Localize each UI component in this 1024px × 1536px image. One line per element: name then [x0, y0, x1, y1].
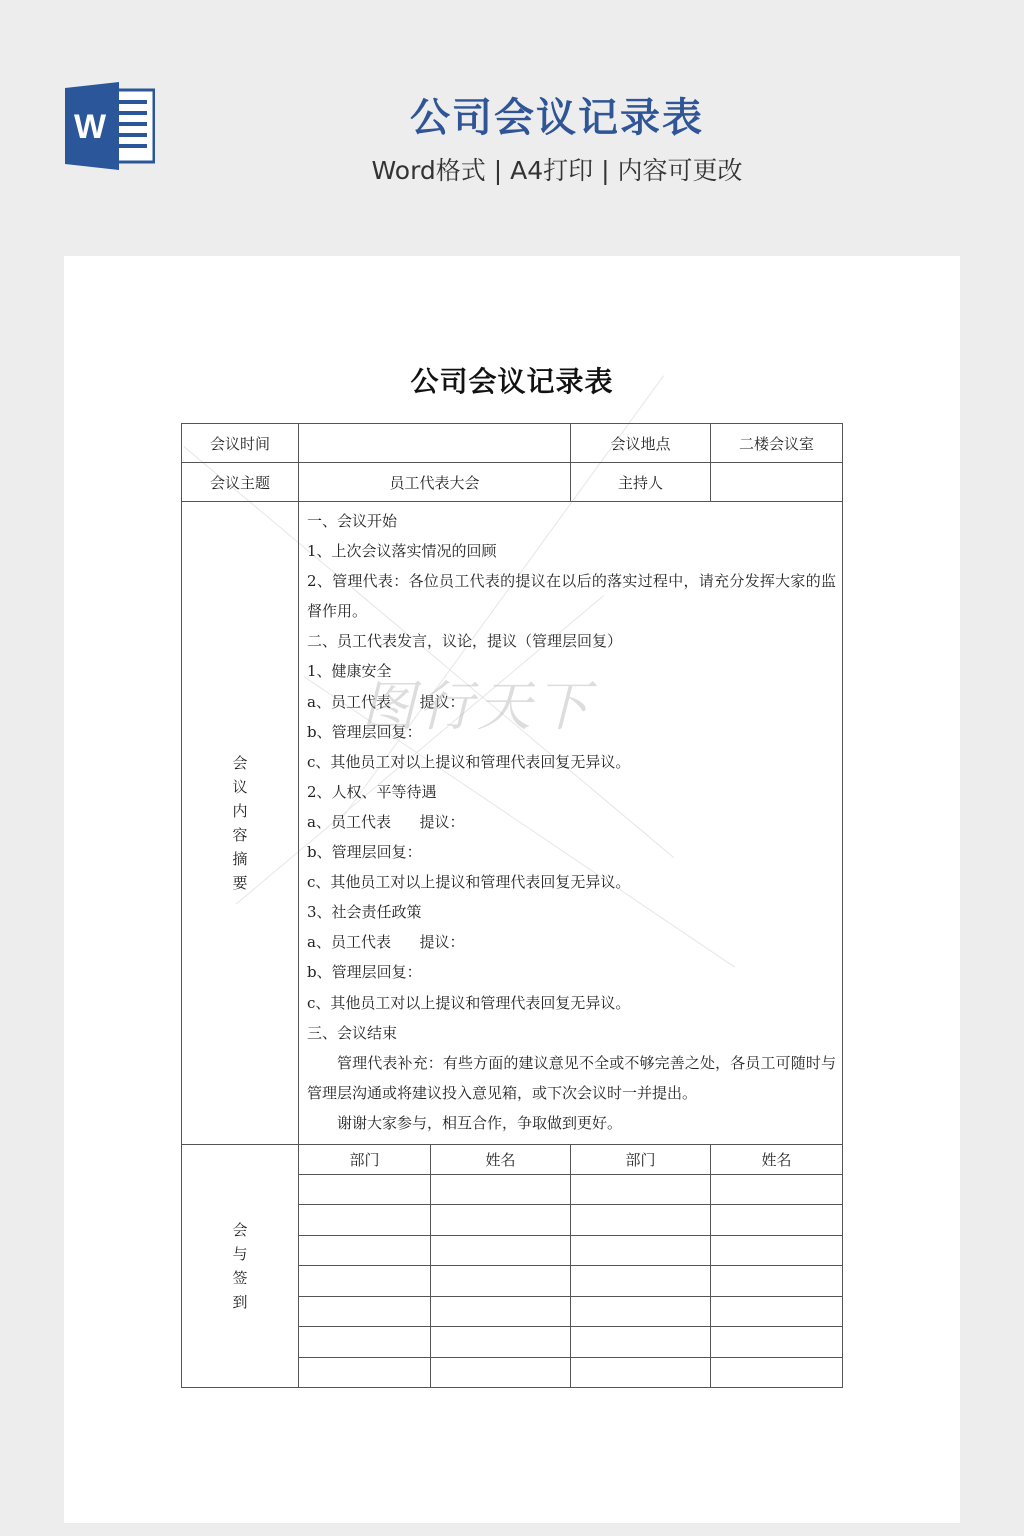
- meeting-location-label: 会议地点: [571, 424, 711, 463]
- signin-name-cell[interactable]: [711, 1174, 843, 1205]
- summary-line: 1、上次会议落实情况的回顾: [307, 536, 836, 566]
- signin-header-row: 会 与 签 到 部门 姓名 部门 姓名: [182, 1144, 843, 1174]
- banner-subtitle: Word格式 | A4打印 | 内容可更改: [300, 153, 814, 189]
- signin-name-cell[interactable]: [431, 1205, 571, 1236]
- signin-department-cell[interactable]: [571, 1296, 711, 1327]
- signin-name-cell[interactable]: [431, 1235, 571, 1266]
- signin-department-cell[interactable]: [299, 1357, 431, 1388]
- signin-department-cell[interactable]: [299, 1235, 431, 1266]
- info-row-meeting-time: 会议时间 会议地点 二楼会议室: [182, 424, 843, 463]
- summary-content[interactable]: 一、会议开始 1、上次会议落实情况的回顾 2、管理代表：各位员工代表的提议在以后…: [299, 502, 843, 1145]
- summary-label: 会 议 内 容 摘 要: [182, 502, 299, 1145]
- signin-label-char: 会: [182, 1218, 298, 1242]
- signin-header-department: 部门: [571, 1144, 711, 1174]
- meeting-record-table: 会议时间 会议地点 二楼会议室 会议主题 员工代表大会 主持人 会 议 内 容 …: [181, 423, 843, 1388]
- signin-name-cell[interactable]: [711, 1235, 843, 1266]
- signin-name-cell[interactable]: [711, 1205, 843, 1236]
- summary-line: 谢谢大家参与，相互合作，争取做到更好。: [307, 1108, 836, 1138]
- signin-department-cell[interactable]: [299, 1296, 431, 1327]
- summary-line: b、管理层回复：: [307, 837, 836, 867]
- meeting-time-label: 会议时间: [182, 424, 299, 463]
- signin-label-char: 签: [182, 1266, 298, 1290]
- summary-line: 三、会议结束: [307, 1018, 836, 1048]
- signin-name-cell[interactable]: [431, 1327, 571, 1358]
- meeting-topic-label: 会议主题: [182, 463, 299, 502]
- signin-label-char: 到: [182, 1290, 298, 1314]
- signin-name-cell[interactable]: [711, 1357, 843, 1388]
- signin-header-name: 姓名: [711, 1144, 843, 1174]
- summary-line: 3、社会责任政策: [307, 897, 836, 927]
- signin-name-cell[interactable]: [431, 1296, 571, 1327]
- summary-row: 会 议 内 容 摘 要 一、会议开始 1、上次会议落实情况的回顾 2、管理代表：…: [182, 502, 843, 1145]
- document-title: 公司会议记录表: [64, 362, 960, 402]
- word-document-icon: W: [65, 82, 155, 170]
- summary-line: 管理代表补充：有些方面的建议意见不全或不够完善之处，各员工可随时与管理层沟通或将…: [307, 1048, 836, 1108]
- signin-department-cell[interactable]: [571, 1174, 711, 1205]
- document-page: 公司会议记录表 会议时间 会议地点 二楼会议室 会议主题 员工代表大会 主持人 …: [64, 256, 960, 1523]
- signin-header-name: 姓名: [431, 1144, 571, 1174]
- meeting-location-field[interactable]: 二楼会议室: [711, 424, 843, 463]
- signin-department-cell[interactable]: [299, 1174, 431, 1205]
- summary-label-char: 要: [182, 871, 298, 895]
- signin-name-cell[interactable]: [711, 1327, 843, 1358]
- signin-name-cell[interactable]: [431, 1266, 571, 1297]
- summary-line: a、员工代表 提议：: [307, 927, 836, 957]
- signin-department-cell[interactable]: [299, 1327, 431, 1358]
- signin-department-cell[interactable]: [571, 1357, 711, 1388]
- signin-label-char: 与: [182, 1242, 298, 1266]
- summary-label-char: 容: [182, 823, 298, 847]
- summary-label-char: 议: [182, 775, 298, 799]
- summary-label-char: 会: [182, 751, 298, 775]
- summary-line: c、其他员工对以上提议和管理代表回复无异议。: [307, 988, 836, 1018]
- meeting-topic-field[interactable]: 员工代表大会: [299, 463, 571, 502]
- summary-line: b、管理层回复：: [307, 957, 836, 987]
- host-field[interactable]: [711, 463, 843, 502]
- signin-name-cell[interactable]: [711, 1266, 843, 1297]
- info-row-meeting-topic: 会议主题 员工代表大会 主持人: [182, 463, 843, 502]
- host-label: 主持人: [571, 463, 711, 502]
- summary-label-char: 内: [182, 799, 298, 823]
- signin-name-cell[interactable]: [431, 1357, 571, 1388]
- summary-label-char: 摘: [182, 847, 298, 871]
- signin-department-cell[interactable]: [299, 1266, 431, 1297]
- signin-header-department: 部门: [299, 1144, 431, 1174]
- signin-department-cell[interactable]: [299, 1205, 431, 1236]
- signin-name-cell[interactable]: [431, 1174, 571, 1205]
- summary-line: 一、会议开始: [307, 506, 836, 536]
- signin-department-cell[interactable]: [571, 1205, 711, 1236]
- summary-line: c、其他员工对以上提议和管理代表回复无异议。: [307, 867, 836, 897]
- word-icon-letter: W: [74, 108, 107, 146]
- signin-department-cell[interactable]: [571, 1266, 711, 1297]
- watermark-text: 图行天下: [361, 664, 593, 741]
- signin-department-cell[interactable]: [571, 1235, 711, 1266]
- summary-line: 2、人权、平等待遇: [307, 777, 836, 807]
- summary-line: c、其他员工对以上提议和管理代表回复无异议。: [307, 747, 836, 777]
- signin-label: 会 与 签 到: [182, 1144, 299, 1388]
- summary-line: a、员工代表 提议：: [307, 807, 836, 837]
- summary-line: 2、管理代表：各位员工代表的提议在以后的落实过程中，请充分发挥大家的监督作用。: [307, 566, 836, 626]
- summary-line: 二、员工代表发言，议论，提议（管理层回复）: [307, 626, 836, 656]
- meeting-time-field[interactable]: [299, 424, 571, 463]
- signin-name-cell[interactable]: [711, 1296, 843, 1327]
- signin-department-cell[interactable]: [571, 1327, 711, 1358]
- banner-title: 公司会议记录表: [300, 92, 814, 144]
